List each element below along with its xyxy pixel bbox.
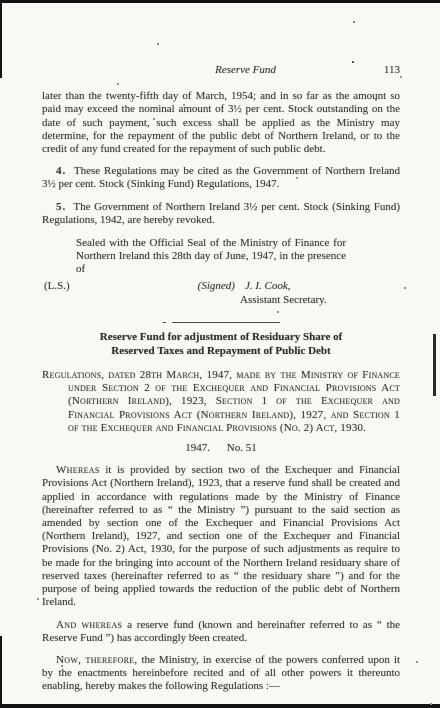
paragraph-whereas: Whereas it is provided by section two of…: [42, 464, 400, 609]
clause-5-number: 5.: [56, 201, 66, 213]
instrument-number: No. 51: [227, 442, 257, 454]
whereas-lead: Whereas: [56, 464, 100, 476]
running-title: Reserve Fund: [83, 64, 276, 77]
page-number: 113: [384, 64, 400, 77]
signed-label: (Signed): [198, 280, 235, 293]
scan-border-left-bottom: [0, 636, 2, 708]
scan-border-top: [0, 0, 440, 3]
section-title-line1: Reserve Fund for adjustment of Residuary…: [42, 331, 400, 345]
page-content: Reserve Fund 113 later than the twenty-f…: [42, 64, 400, 694]
instrument-number-line: 1947. No. 51: [42, 442, 400, 455]
clause-4-text: These Regulations may be cited as the Go…: [42, 165, 400, 190]
divider-rule: [172, 322, 280, 323]
now-therefore-lead: Now, therefore,: [56, 654, 138, 666]
paragraph-now-therefore: Now, therefore, the Ministry, in exercis…: [42, 654, 400, 694]
paragraph-continuation: later than the twenty-fifth day of March…: [42, 90, 400, 156]
document-page: Reserve Fund 113 later than the twenty-f…: [0, 0, 440, 708]
instrument-year: 1947.: [185, 442, 210, 454]
sealing-clause: Sealed with the Official Seal of the Min…: [76, 237, 346, 277]
signatory-title: Assistant Secretary.: [240, 294, 400, 307]
section-divider: [42, 316, 400, 324]
running-header: Reserve Fund 113: [42, 64, 400, 77]
and-whereas-lead: And whereas: [56, 619, 122, 631]
scan-border-right: [433, 334, 436, 396]
whereas-text: it is provided by section two of the Exc…: [42, 464, 400, 608]
signatory-name: J. I. Cook,: [245, 280, 291, 293]
paragraph-and-whereas: And whereas a reserve fund (known and he…: [42, 619, 400, 645]
section-title: Reserve Fund for adjustment of Residuary…: [42, 331, 400, 358]
divider-dot: [163, 322, 166, 323]
scan-border-bottom: [0, 704, 440, 708]
scan-border-left-top: [0, 0, 2, 78]
signature-row: (L.S.) (Signed) J. I. Cook,: [42, 280, 400, 293]
paragraph-clause-4: 4. These Regulations may be cited as the…: [42, 165, 400, 191]
clause-5-text: The Government of Northern Ireland 3½ pe…: [42, 201, 400, 226]
paragraph-clause-5: 5. The Government of Northern Ireland 3½…: [42, 201, 400, 227]
regulations-preamble: Regulations, dated 28th March, 1947, mad…: [42, 369, 400, 435]
scan-noise-specks: [157, 43, 159, 45]
seal-locus-mark: (L.S.): [44, 280, 70, 293]
section-title-line2: Reserved Taxes and Repayment of Public D…: [42, 345, 400, 359]
clause-4-number: 4.: [56, 165, 66, 177]
